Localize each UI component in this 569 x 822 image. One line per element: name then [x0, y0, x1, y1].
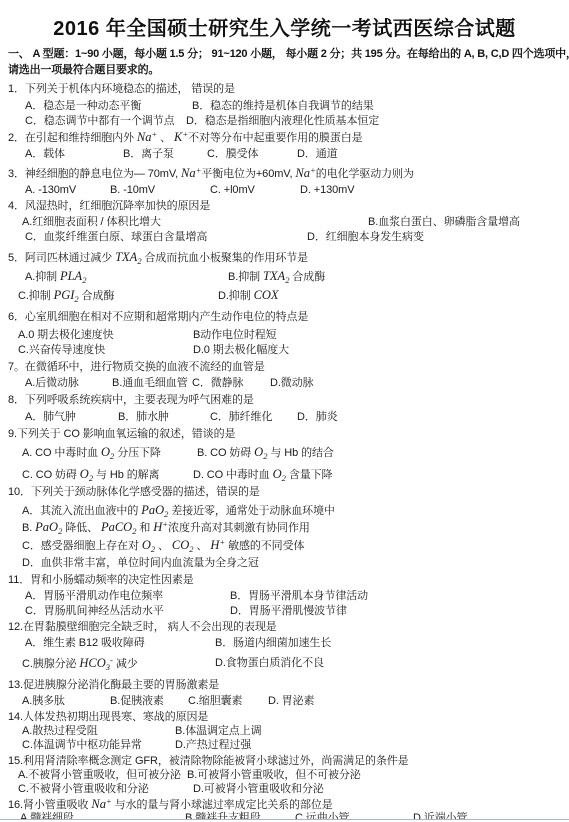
question-stem: 12.在胃黏膜壁细胞完全缺乏时， 病人不会出现的表现是 [8, 620, 277, 634]
answer-option: B．离子泵 [123, 147, 174, 161]
answer-option: C.缩胆囊素 [188, 694, 242, 708]
math-formula: PLA2 [60, 269, 86, 283]
answer-option: B.可被肾小管重吸收，但不可被分泌 [187, 768, 361, 782]
answer-option: A.不被肾小管重吸收，但可被分泌 [18, 768, 181, 782]
math-formula: CO2 [172, 538, 194, 552]
math-formula: Na+ [181, 166, 201, 180]
answer-option: B. CO 妨碍 O2 与 Hb 的结合 [197, 445, 334, 460]
math-formula: COX [254, 288, 279, 302]
answer-option: D．稳态是指细胞内液理化性质基本恒定 [186, 114, 379, 128]
answer-option: D. 胃泌素 [268, 694, 314, 708]
answer-option: A．维生素 B12 吸收障碍 [25, 636, 145, 650]
answer-option: A.抑制 PLA2 [25, 269, 86, 284]
answer-option: C．膜受体 [207, 147, 258, 161]
answer-option: A.散热过程受阻 [22, 724, 98, 738]
answer-option: C.胰腺分泌 HCO3- 减少 [22, 656, 138, 671]
answer-option: B．胃肠平滑肌本身节律活动 [230, 589, 368, 603]
answer-option: C．胃肠肌间神经丛活动水平 [25, 604, 164, 618]
answer-option: D．血供非常丰富，单位时间内血流量为全身之冠 [22, 556, 259, 570]
math-formula: O2 [254, 445, 267, 459]
answer-option: B．稳态的维持是机体自我调节的结果 [192, 99, 374, 113]
question-stem: 11．胃和小肠蠕动频率的决定性因素是 [8, 573, 194, 587]
question-stem: 1．下列关于机体内环境稳态的描述， 错误的是 [8, 82, 235, 96]
answer-option: B. PaO2 降低、 PaCO2 和 H+浓度升高对其刺激有协同作用 [22, 520, 310, 535]
section-instruction-line-2: 请选出一项最符合题目要求的。 [8, 61, 159, 77]
question-stem: 2．在引起和维持细胞内外 Na+ 、 K+不对等分布中起重要作用的膜蛋白是 [8, 130, 363, 145]
answer-option: B．肺水肿 [118, 410, 169, 424]
answer-option: D．肺炎 [297, 410, 338, 424]
math-formula: O2 [80, 467, 93, 481]
answer-option: D.微动脉 [270, 376, 314, 390]
math-formula: PaO2 [35, 520, 62, 534]
answer-option: B.通血毛细血管 [112, 376, 188, 390]
math-formula: K+ [174, 130, 188, 144]
answer-option: A．胃肠平滑肌动作电位频率 [25, 589, 163, 603]
bottom-divider [0, 819, 569, 820]
question-stem: 3．神经细胞的静息电位为— 70mV, Na+平衡电位为+60mV, Na+的电… [8, 166, 414, 181]
answer-option: B.体温调定点上调 [175, 724, 262, 738]
answer-option: D.食物蛋白质消化不良 [215, 656, 324, 670]
question-stem: 8．下列呼吸系统疾病中，主要表现为呼气困难的是 [8, 393, 254, 407]
answer-option: A．载体 [25, 147, 65, 161]
answer-option: D．红细胞本身发生病变 [307, 230, 424, 244]
math-formula: TXA2 [115, 250, 141, 264]
question-stem: 10．下列关于颈动脉体化学感受器的描述，错误的是 [8, 485, 260, 499]
question-stem: 13.促进胰腺分泌消化酶最主要的胃肠激素是 [8, 678, 219, 692]
answer-option: D．通道 [297, 147, 338, 161]
math-formula: O2 [273, 467, 286, 481]
answer-option: C.体温调节中枢功能异常 [22, 738, 142, 752]
math-formula: Na+ [295, 166, 315, 180]
answer-option: A.红细胞表面积 / 体积比增大 [22, 215, 161, 229]
answer-option: C.不被肾小管重吸收和分泌 [18, 782, 149, 796]
answer-option: A. CO 中毒时血 O2 分压下降 [22, 445, 161, 460]
answer-option: D.产热过程过强 [175, 738, 251, 752]
answer-option: B.抑制 TXA2 合成酶 [228, 269, 325, 284]
answer-option: D.可被肾小管重吸收和分泌 [193, 782, 324, 796]
answer-option: B.血浆白蛋白、卵磷脂含量增高 [368, 215, 520, 229]
exam-document-page: 2016 年全国硕士研究生入学统一考试西医综合试题 一、 A 型题：1~90 小… [0, 0, 569, 822]
answer-option: D.抑制 COX [218, 288, 279, 303]
math-formula: HCO3- [79, 656, 113, 670]
answer-option: A.0 期去极化速度快 [18, 328, 113, 342]
answer-option: C.抑制 PGI2 合成酶 [18, 288, 114, 303]
answer-option: A.胰多肽 [22, 694, 65, 708]
math-formula: PaCO2 [101, 520, 137, 534]
math-formula: Na+ [91, 797, 111, 811]
math-formula: O2 [101, 445, 114, 459]
answer-option: A．肺气肿 [25, 410, 76, 424]
answer-option: B．肠道内细菌加速生长 [215, 636, 331, 650]
math-formula: PGI2 [54, 288, 79, 302]
answer-option: C. +l0mV [210, 183, 255, 197]
math-formula: Na+ [137, 130, 157, 144]
math-formula: TXA2 [263, 269, 289, 283]
answer-option: A. -130mV [25, 183, 76, 197]
answer-option: C. CO 妨碍 O2 与 Hb 的解离 [22, 467, 159, 482]
page-title: 2016 年全国硕士研究生入学统一考试西医综合试题 [0, 12, 569, 41]
question-stem: 4．风湿热时，红细胞沉降率加快的原因是 [8, 199, 210, 213]
math-formula: H+ [153, 520, 168, 534]
answer-option: C．肺纤维化 [210, 410, 272, 424]
question-stem: 15.利用肾清除率概念测定 GFR，被清除物除能被肾小球滤过外，尚需满足的条件是 [8, 754, 409, 768]
answer-option: B. -10mV [110, 183, 155, 197]
answer-option: C．微静脉 [192, 376, 243, 390]
question-stem: 7。在微循环中，进行物质交换的血液不流经的血管是 [8, 360, 265, 374]
question-stem: 6．心室肌细胞在相对不应期和超常期内产生动作电位的特点是 [8, 310, 308, 324]
answer-option: D.0 期去极化幅度大 [193, 343, 289, 357]
answer-option: D．胃肠平滑肌慢波节律 [230, 604, 347, 618]
answer-option: B动作电位时程短 [193, 328, 277, 342]
question-stem: 16.肾小管重吸收 Na+ 与水的量与肾小球滤过率成定比关系的部位是 [8, 797, 333, 812]
answer-option: A．稳态是一种动态平衡 [25, 99, 141, 113]
math-formula: PaO2 [141, 503, 168, 517]
answer-option: A．其流入流出血液中的 PaO2 差接近零，通常处于动脉血环境中 [22, 503, 335, 518]
answer-option: B.促胰液素 [110, 694, 164, 708]
section-instruction-line-1: 一、 A 型题：1~90 小题，每小题 1.5 分； 91~120 小题， 每小… [8, 45, 569, 61]
answer-option: A.后微动脉 [25, 376, 79, 390]
answer-option: C．血浆纤维蛋白原、球蛋白含量增高 [25, 230, 207, 244]
answer-option: C．感受器细胞上存在对 O2 、 CO2 、 H+ 敏感的不同受体 [22, 538, 304, 553]
answer-option: C．稳态调节中都有一个调节点 [25, 114, 175, 128]
question-stem: 5．阿司匹林通过减少 TXA2 合成而抗血小板聚集的作用环节是 [8, 250, 308, 265]
answer-option: C.兴奋传导速度快 [18, 343, 105, 357]
answer-option: D. CO 中毒时血 O2 含量下降 [193, 467, 332, 482]
math-formula: O2 [142, 538, 155, 552]
math-formula: H+ [210, 538, 225, 552]
question-stem: 9.下列关于 CO 影响血氧运输的叙述，错谈的是 [8, 427, 235, 441]
question-stem: 14.人体发热初期出现畏寒、寒战的原因是 [8, 710, 208, 724]
answer-option: D. +130mV [300, 183, 354, 197]
